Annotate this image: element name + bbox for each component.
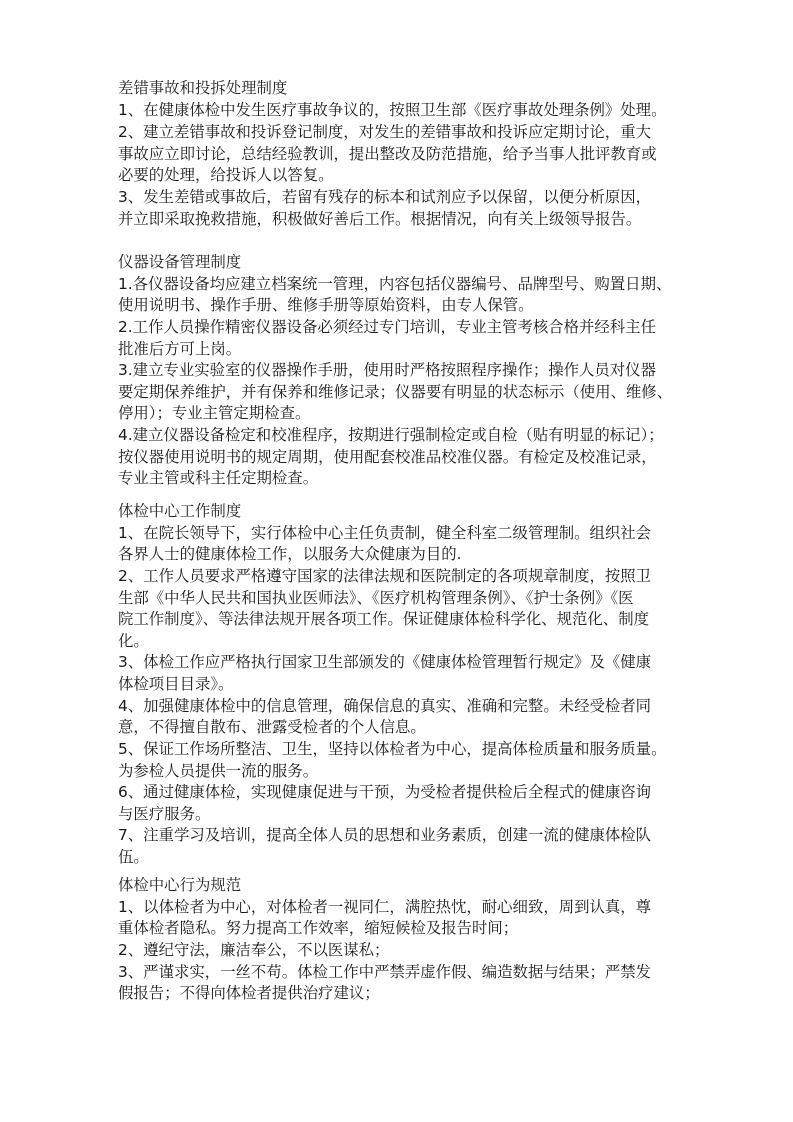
paragraph-line: 1、在院长领导下，实行体检中心主任负责制，健全科室二级管理制。组织社会 (118, 523, 651, 543)
paragraph-line: 重体检者隐私。努力提高工作效率，缩短候检及报告时间； (118, 918, 518, 938)
paragraph-line: 院工作制度》、等法律法规开展各项工作。保证健康体检科学化、规范化、制度 (118, 609, 649, 629)
paragraph-line: 2、遵纪守法，廉洁奉公，不以医谋私； (118, 940, 389, 960)
paragraph-line: 化。 (118, 631, 149, 651)
paragraph-line: 专业主管或科主任定期检查。 (118, 468, 318, 488)
paragraph-line: 停用）；专业主管定期检查。 (118, 403, 310, 423)
paragraph-line: 并立即采取挽救措施，积极做好善后工作。根据情况，向有关上级领导报告。 (118, 209, 641, 229)
paragraph-line: 1.各仪器设备均应建立档案统一管理，内容包括仪器编号、品牌型号、购置日期、 (118, 274, 671, 294)
paragraph-line: 2、建立差错事故和投诉登记制度，对发生的差错事故和投诉应定期讨论，重大 (118, 122, 651, 142)
document-page: 差错事故和投拆处理制度 1、在健康体检中发生医疗事故争议的，按照卫生部《医疗事故… (0, 0, 793, 1122)
paragraph-line: 必要的处理，给投诉人以答复。 (118, 165, 333, 185)
paragraph-line: 按仪器使用说明书的规定周期，使用配套校准品校准仪器。有检定及校准记录， (118, 447, 657, 467)
paragraph-line: 为参检人员提供一流的服务。 (118, 761, 318, 781)
paragraph-line: 4、加强健康体检中的信息管理，确保信息的真实、准确和完整。未经受检者同 (118, 696, 651, 716)
paragraph-line: 3、体检工作应严格执行国家卫生部颁发的《健康体检管理暂行规定》及《健康 (118, 652, 651, 672)
paragraph-line: 1、以体检者为中心，对体检者一视同仁，满腔热忱，耐心细致，周到认真，尊 (118, 897, 651, 917)
paragraph-line: 伍。 (118, 847, 149, 867)
paragraph-line: 2、工作人员要求严格遵守国家的法律法规和医院制定的各项规章制度，按照卫 (118, 566, 651, 586)
section-title-center-work-rules: 体检中心工作制度 (118, 501, 241, 521)
section-title-code-of-conduct: 体检中心行为规范 (118, 875, 241, 895)
paragraph-line: 6、通过健康体检，实现健康促进与干预，为受检者提供检后全程式的健康咨询 (118, 782, 651, 802)
paragraph-line: 生部《中华人民共和国执业医师法》、《医疗机构管理条例》、《护士条例》《医 (118, 588, 634, 608)
paragraph-line: 2.工作人员操作精密仪器设备必须经过专门培训，专业主管考核合格并经科主任 (118, 317, 656, 337)
paragraph-line: 5、保证工作场所整洁、卫生，坚持以体检者为中心，提高体检质量和服务质量。 (118, 739, 666, 759)
paragraph-line: 使用说明书、操作手册、维修手册等原始资料，由专人保管。 (118, 295, 534, 315)
paragraph-line: 4.建立仪器设备检定和校准程序，按期进行强制检定或自检（贴有明显的标记）； (118, 425, 664, 445)
paragraph-line: 事故应立即讨论，总结经验教训，提出整改及防范措施，给予当事人批评教育或 (118, 144, 657, 164)
paragraph-line: 3、严谨求实，一丝不苟。体检工作中严禁弄虚作假、编造数据与结果；严禁发 (118, 962, 651, 982)
paragraph-line: 批准后方可上岗。 (118, 339, 241, 359)
paragraph-line: 3、发生差错或事故后，若留有残存的标本和试剂应予以保留，以便分析原因， (118, 187, 651, 207)
paragraph-line: 7、注重学习及培训，提高全体人员的思想和业务素质，创建一流的健康体检队 (118, 825, 651, 845)
paragraph-line: 要定期保养维护，并有保养和维修记录；仪器要有明显的状态标示（使用、维修、 (118, 382, 672, 402)
paragraph-line: 各界人士的健康体检工作，以服务大众健康为目的. (118, 544, 462, 564)
paragraph-line: 3.建立专业实验室的仪器操作手册，使用时严格按照程序操作；操作人员对仪器 (118, 360, 656, 380)
section-title-incident-complaint: 差错事故和投拆处理制度 (118, 78, 287, 98)
section-title-equipment-management: 仪器设备管理制度 (118, 252, 241, 272)
paragraph-line: 意，不得擅自散布、泄露受检者的个人信息。 (118, 717, 426, 737)
paragraph-line: 体检项目目录》。 (118, 674, 233, 694)
paragraph-line: 假报告；不得向体检者提供治疗建议； (118, 983, 380, 1003)
paragraph-line: 1、在健康体检中发生医疗事故争议的，按照卫生部《医疗事故处理条例》处理。 (118, 100, 666, 120)
paragraph-line: 与医疗服务。 (118, 804, 210, 824)
